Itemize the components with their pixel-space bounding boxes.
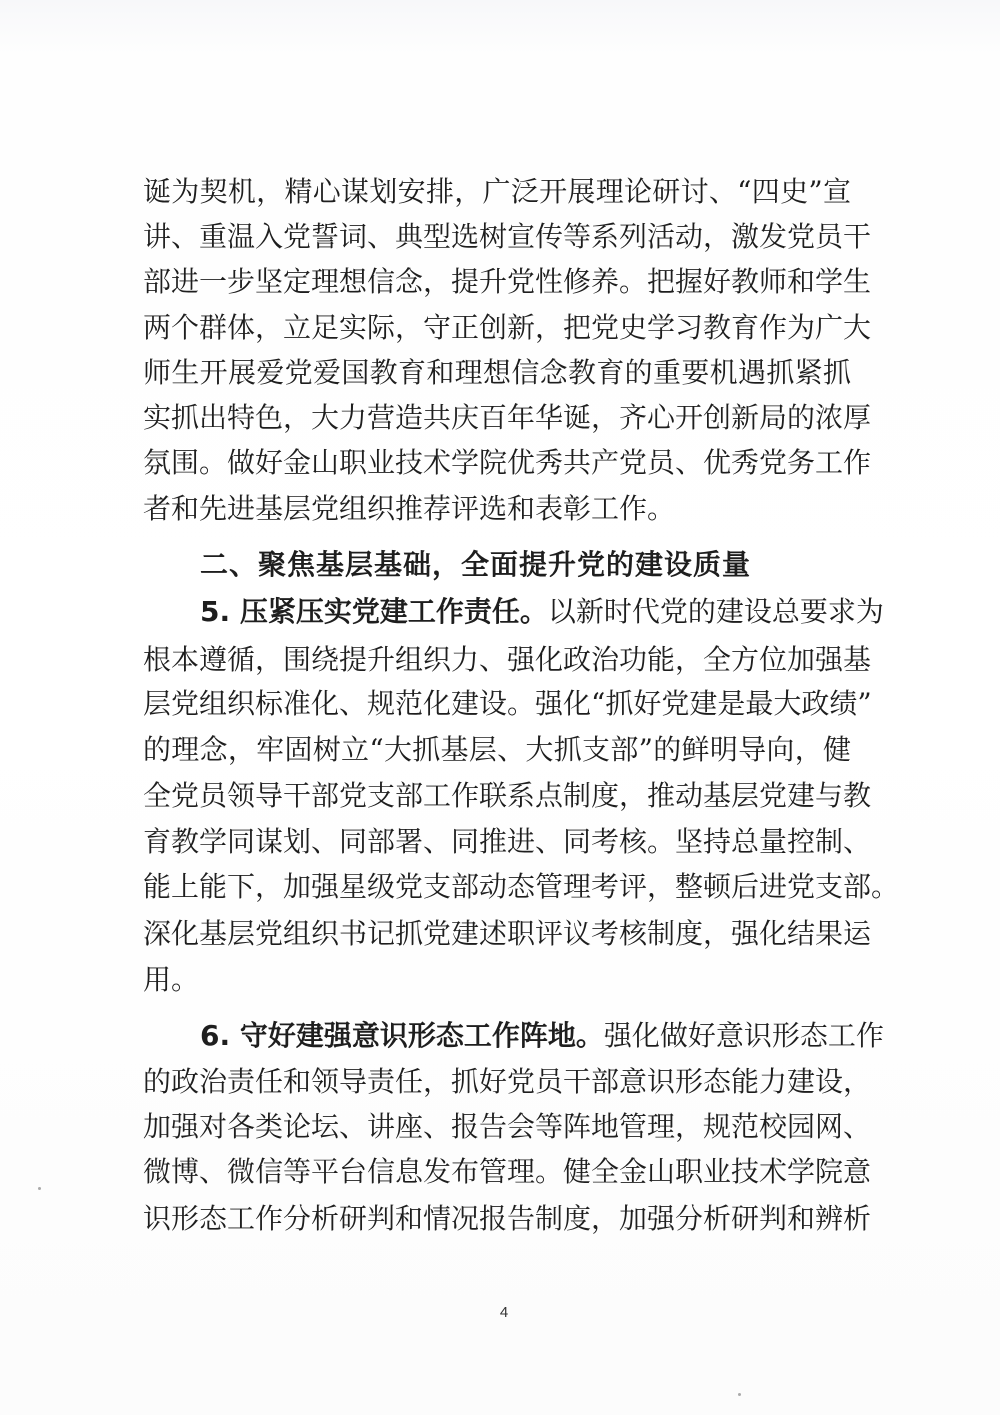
body-line: 全党员领导干部党支部工作联系点制度，推动基层党建与教: [143, 776, 851, 816]
item-5-text: 以新时代党的建设总要求为: [548, 595, 884, 628]
body-line: 的政治责任和领导责任，抓好党员干部意识形态能力建设，: [143, 1062, 851, 1102]
page-number: 4: [494, 1304, 514, 1321]
scan-speck: [38, 1187, 41, 1190]
document-page: 诞为契机，精心谋划安排，广泛开展理论研讨、“四史”宣 讲、重温入党誓词、典型选树…: [0, 0, 1000, 1415]
body-line: 实抓出特色，大力营造共庆百年华诞，齐心开创新局的浓厚: [143, 398, 851, 438]
item-6-text: 强化做好意识形态工作: [604, 1019, 884, 1052]
body-line: 识形态工作分析研判和情况报告制度，加强分析研判和辨析: [143, 1199, 851, 1239]
item-6-first-line: 6. 守好建强意识形态工作阵地。强化做好意识形态工作: [200, 1016, 851, 1056]
section-heading: 二、聚焦基层基础，全面提升党的建设质量: [200, 545, 851, 585]
body-line: 的理念，牢固树立“大抓基层、大抓支部”的鲜明导向，健: [143, 730, 851, 770]
item-6-title: 6. 守好建强意识形态工作阵地。: [200, 1019, 604, 1052]
item-5-title: 5. 压紧压实党建工作责任。: [200, 595, 548, 628]
body-line: 深化基层党组织书记抓党建述职评议考核制度，强化结果运: [143, 914, 851, 954]
body-line: 用。: [143, 960, 851, 1000]
body-line: 师生开展爱党爱国教育和理想信念教育的重要机遇抓紧抓: [143, 353, 851, 393]
body-line: 微博、微信等平台信息发布管理。健全金山职业技术学院意: [143, 1152, 851, 1192]
body-line: 加强对各类论坛、讲座、报告会等阵地管理，规范校园网、: [143, 1107, 851, 1147]
item-5-first-line: 5. 压紧压实党建工作责任。以新时代党的建设总要求为: [200, 592, 851, 632]
body-line: 能上能下，加强星级党支部动态管理考评，整顿后进党支部。: [143, 867, 851, 907]
body-line: 讲、重温入党誓词、典型选树宣传等系列活动，激发党员干: [143, 217, 851, 257]
body-line: 层党组织标准化、规范化建设。强化“抓好党建是最大政绩”: [143, 684, 851, 724]
body-line: 氛围。做好金山职业技术学院优秀共产党员、优秀党务工作: [143, 443, 851, 483]
body-line: 育教学同谋划、同部署、同推进、同考核。坚持总量控制、: [143, 822, 851, 862]
body-line: 部进一步坚定理想信念，提升党性修养。把握好教师和学生: [143, 262, 851, 302]
scan-speck: [738, 1393, 741, 1396]
body-line: 诞为契机，精心谋划安排，广泛开展理论研讨、“四史”宣: [143, 172, 851, 212]
body-line: 根本遵循，围绕提升组织力、强化政治功能，全方位加强基: [143, 640, 851, 680]
body-line: 两个群体，立足实际，守正创新，把党史学习教育作为广大: [143, 308, 851, 348]
body-line: 者和先进基层党组织推荐评选和表彰工作。: [143, 489, 851, 529]
